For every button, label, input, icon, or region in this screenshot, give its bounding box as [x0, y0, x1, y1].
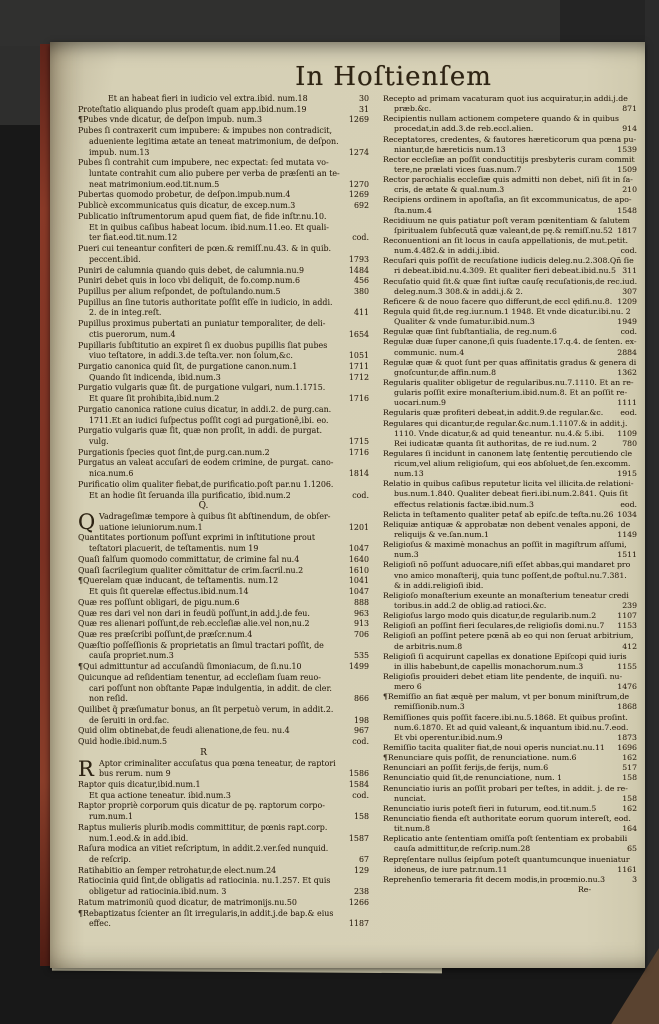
index-line: Quid olim obtinebat,de feudi alienatione… — [78, 726, 369, 737]
index-line: Remiſſio tacita qualiter fiat,de noui op… — [383, 743, 637, 753]
index-line: neat matrimonium.eod.tit.num.51270 — [78, 180, 369, 191]
entry-text: Re- — [578, 885, 591, 894]
index-line: num.31511 — [383, 550, 637, 560]
entry-text: tit.num.8 — [394, 824, 430, 833]
index-line: Publicatio inſtrumentorum apud quem fiat… — [78, 212, 369, 223]
entry-text: Quaſi falſum quomodo committatur, de cri… — [78, 555, 299, 564]
index-line: teſtatori placuerit, de teſtamentis. num… — [78, 544, 369, 555]
entry-text: Recipientis nullam actionem competere qu… — [383, 114, 619, 123]
entry-text: peccent.ibid. — [89, 255, 141, 264]
entry-text: reliquijs & ve.ſan.num.1 — [394, 530, 489, 539]
entry-text: tere,ne prælati vices ſuas.num.7 — [394, 165, 521, 174]
index-line: Renunciatio iuris poteſt fieri in futuru… — [383, 804, 637, 814]
column-page-number: cod. — [352, 491, 369, 502]
section-letter: R — [78, 748, 369, 759]
entry-text: mero 6 — [394, 682, 422, 691]
entry-text: ¶Renunciare quis poſſit, de renunciation… — [383, 753, 576, 762]
index-line: cari poſſunt non obſtante Papæ indulgent… — [78, 684, 369, 695]
index-line: ¶Rebaptizatus ſcienter an ſit irregulari… — [78, 909, 369, 920]
column-page-number: 162 — [622, 753, 637, 763]
index-line: communic. num.42884 — [383, 348, 637, 358]
entry-text: viuo teſtatore, in addi.3.de teſta.ver. … — [89, 351, 293, 360]
entry-text: cari poſſunt non obſtante Papæ indulgent… — [89, 684, 332, 693]
index-line: Religioſi ſi acquirunt capellas ex donat… — [383, 652, 637, 662]
entry-text: Religioſi an poſſint petere pœnã ab eo q… — [383, 631, 633, 640]
entry-text: Replicatio ante ſententiam omiſſa poſt ſ… — [383, 834, 627, 843]
column-page-number: 1153 — [617, 621, 637, 631]
index-line: ¶Qui admittuntur ad accuſandũ ſimoniacum… — [78, 662, 369, 673]
entry-text: bus rerum. num 9 — [99, 769, 171, 778]
entry-text: cauſa propriet.num.3 — [89, 651, 174, 660]
entry-text: nica.num.6 — [89, 469, 133, 478]
index-line: ¶Renunciare quis poſſit, de renunciation… — [383, 753, 637, 763]
column-page-number: 1476 — [617, 682, 637, 692]
entry-text: Rei iudicatæ quanta ſit authoritas, de r… — [394, 439, 597, 448]
index-line: Quæſtio poſſeſſionis & proprietatis an ſ… — [78, 641, 369, 652]
index-line: Rei iudicatæ quanta ſit authoritas, de r… — [383, 439, 637, 449]
entry-text: Pubes ſi contraxerit cum impubere: & imp… — [78, 126, 332, 135]
index-line: num.4.482.& in addi.j.ibid.cod. — [383, 246, 637, 256]
entry-text: Renunciatio iuris poteſt fieri in futuru… — [383, 804, 596, 813]
index-line: Regularis quæ profiteri debeat,in addit.… — [383, 408, 637, 418]
entry-text: Quaſi ſacrilegium qualiter cõmittatur de… — [78, 566, 303, 575]
index-line: Religioſis prouideri debet etiam lite pe… — [383, 672, 637, 682]
entry-text: Remiſſio tacita qualiter fiat,de noui op… — [383, 743, 605, 752]
index-line: de arbitris.num.8412 — [383, 642, 637, 652]
entry-text: obligetur ad ratiocinia.ibid.num. 3 — [89, 887, 226, 896]
section-letter-text: Q. — [199, 501, 209, 511]
index-line: Pueri cui teneantur confiteri de pœn.& r… — [78, 244, 369, 255]
index-line: Quaſi ſacrilegium qualiter cõmittatur de… — [78, 566, 369, 577]
index-line: Quantitates portionum poſſunt exprimi in… — [78, 533, 369, 544]
index-line: Recuſatio quid ſit.& quæ ſint iuſtæ cauſ… — [383, 277, 637, 287]
column-page-number: 1915 — [617, 469, 637, 479]
index-line: vulg.1715 — [78, 437, 369, 448]
index-line: ter fiat.eod.tit.num.12cod. — [78, 233, 369, 244]
entry-text: Remiſſiones quis poſſit facere.ibi.nu.5.… — [383, 713, 628, 722]
entry-text: Quicunque ad reſidentiam tenentur, ad ec… — [78, 673, 321, 682]
index-line: Religioſi an poſſint fieri ſeculares,de … — [383, 621, 637, 631]
column-page-number: 913 — [354, 619, 369, 630]
column-page-number: 158 — [622, 773, 637, 783]
index-line: Regulares qui dicantur,de regular.&c.num… — [383, 419, 637, 429]
entry-text: Pupillus proximus pubertati an puniatur … — [78, 319, 325, 328]
index-line: Et vbi operentur.ibid.num.91873 — [383, 733, 637, 743]
column-page-number: 30 — [359, 94, 369, 105]
entry-text: Raptor propriè corporum quis dicatur de … — [78, 801, 325, 810]
entry-text: Purificatio olim qualiter fiebat,de puri… — [78, 480, 333, 489]
index-line: 1110. Vnde dicatur,& ad quid teneantur. … — [383, 429, 637, 439]
entry-text: Quilibet q̃ præſumatur bonus, an ſit per… — [78, 705, 333, 714]
entry-text: Et vbi operentur.ibid.num.9 — [394, 733, 503, 742]
index-line: cauſa propriet.num.3535 — [78, 651, 369, 662]
entry-text: Quid hodie.ibid.num.5 — [78, 737, 167, 746]
entry-text: Quæ res alienari poſſunt,de reb.eccleſiæ… — [78, 619, 309, 628]
index-line: Raptor propriè corporum quis dicatur de … — [78, 801, 369, 812]
column-page-number: 1696 — [617, 743, 637, 753]
index-line: Proteſtatio aliquando plus prodeſt quam … — [78, 105, 369, 116]
column-page-number: 456 — [354, 276, 369, 287]
entry-text: ri debeat.ibid.nu.4.309. Et qualiter fie… — [394, 266, 616, 275]
column-page-number: 692 — [354, 201, 369, 212]
index-line: Quaſi falſum quomodo committatur, de cri… — [78, 555, 369, 566]
index-line: præb.&c.871 — [383, 104, 637, 114]
entry-text: deleg.num.3 308.& in addi.j.& 2. — [394, 287, 523, 296]
entry-text: Pupillus an ſine tutoris authoritate poſ… — [78, 298, 332, 307]
entry-text: Qualiter & vnde ſumatur.ibid.num.3 — [394, 317, 535, 326]
entry-text: 2. de in integ.reſt. — [89, 308, 161, 317]
index-line: Quæ res præſcribi poſſunt,de præſcr.num.… — [78, 630, 369, 641]
index-line: num.6.1870. Et ad quid valeant,& inquant… — [383, 723, 637, 733]
entry-text: Repręſentare nullus ſeipſum poteſt quant… — [383, 855, 630, 864]
column-page-number: 535 — [354, 651, 369, 662]
index-line: ctis puerorum, num.41654 — [78, 330, 369, 341]
entry-text: bus.num.1.840. Qualiter debeat fieri.ibi… — [394, 489, 628, 498]
entry-text: Regularis qualiter obligetur de regulari… — [383, 378, 634, 387]
entry-text: Reficere & de nouo facere quo differunt,… — [383, 297, 612, 306]
index-line: uatione ieiuniorum.num.11201 — [78, 523, 369, 534]
index-line: toribus.in add.2 de oblig.ad ratioci.&c.… — [383, 601, 637, 611]
column-page-number: 238 — [354, 887, 369, 898]
index-line: vno amico monaſterij, quia tunc poſſent,… — [383, 571, 637, 581]
index-line: QVadrageſimæ tempore à quibus ſit abſtin… — [78, 512, 369, 523]
column-page-number: cod. — [352, 233, 369, 244]
index-line: de ſeruiti in ord.fac.198 — [78, 716, 369, 727]
column-page-number: 412 — [622, 642, 637, 652]
index-line: rum.num.1158 — [78, 812, 369, 823]
entry-text: Recepto ad primam vacaturam quot ius acq… — [383, 94, 628, 103]
column-page-number: 3 — [632, 875, 637, 885]
entry-text: num.3 — [394, 550, 419, 559]
index-line: Pubertas quomodo probetur, de deſpon.imp… — [78, 190, 369, 201]
index-line: Remiſſiones quis poſſit facere.ibi.nu.5.… — [383, 713, 637, 723]
entry-text: non reſid. — [89, 694, 128, 703]
index-line: nunciat.158 — [383, 794, 637, 804]
entry-text: Rector parochialis eccleſiæ quis admitti… — [383, 175, 633, 184]
entry-text: procedat,in add.3.de reb.eccl.alien. — [394, 124, 533, 133]
column-page-number: 210 — [622, 185, 637, 195]
column-page-number: 411 — [354, 308, 369, 319]
entry-text: Reprehenſio temeraria fit decem modis,in… — [383, 875, 605, 884]
index-line: Quando ſit indicenda, ibid.num.31712 — [78, 373, 369, 384]
column-page-number: 517 — [622, 763, 637, 773]
index-line: Recidiuum ne quis patiatur poſt veram pœ… — [383, 216, 637, 226]
entry-text: Religioſo monaſterium exeunte an monaſte… — [383, 591, 629, 600]
index-line: Purgatus an valeat accuſari de eodem cri… — [78, 458, 369, 469]
index-line: de reſcrip.67 — [78, 855, 369, 866]
index-line: cris, de ætate & qual.num.3210 — [383, 185, 637, 195]
column-page-number: 2884 — [617, 348, 637, 358]
photo-background-right — [645, 0, 659, 1024]
index-line: Religioſus & maximè monachus an poſſit i… — [383, 540, 637, 550]
index-line: deleg.num.3 308.& in addi.j.& 2.307 — [383, 287, 637, 297]
index-line: Renunciari an poſſit ferijs,de ferijs, n… — [383, 763, 637, 773]
entry-text: Religioſi an poſſint fieri ſeculares,de … — [383, 621, 604, 630]
column-page-number: 1712 — [349, 373, 369, 384]
entry-text: Relicta in teſtamento qualiter petať ab … — [383, 510, 613, 519]
entry-text: Receptatores, credentes, & fautores hære… — [383, 135, 636, 144]
column-page-number: 1793 — [349, 255, 369, 266]
entry-text: Raptus mulieris plurib.modis committitur… — [78, 823, 327, 832]
index-line: Et qua actione teneatur. ibid.num.3cod. — [78, 791, 369, 802]
index-line: Religioſi an poſſint petere pœnã ab eo q… — [383, 631, 637, 641]
column-page-number: 706 — [354, 630, 369, 641]
column-page-number: 1034 — [617, 510, 637, 520]
column-page-number: 1201 — [349, 523, 369, 534]
entry-text: Et qua actione teneatur. ibid.num.3 — [89, 791, 231, 800]
entry-text: Regulares qui dicantur,de regular.&c.num… — [383, 419, 627, 428]
entry-text: Reliquiæ antiquæ & approbatæ non debent … — [383, 520, 630, 529]
entry-text: Renunciari an poſſit ferijs,de ferijs, n… — [383, 763, 548, 772]
column-page-number: 1107 — [617, 611, 637, 621]
entry-text: ricum,vel alium religioſum, qui eos abſo… — [394, 459, 631, 468]
column-page-number: 1548 — [617, 206, 637, 216]
index-line: Relicta in teſtamento qualiter petať ab … — [383, 510, 637, 520]
entry-text: ¶Querelam quæ inducant, de teſtamentis. … — [78, 576, 278, 585]
column-page-number: eod. — [620, 408, 637, 418]
entry-text: ¶Remiſſio an fiat æquè per malum, vt per… — [383, 692, 629, 701]
index-line: Purgatio canonica quid ſit, de purgation… — [78, 362, 369, 373]
entry-text: Et in quibus caſibus habeat locum. ibid.… — [89, 223, 329, 232]
column-page-number: cod. — [621, 327, 637, 337]
entry-text: de reſcrip. — [89, 855, 131, 864]
index-line: mero 61476 — [383, 682, 637, 692]
index-line: Recepto ad primam vacaturam quot ius acq… — [383, 94, 637, 104]
column-page-number: 1047 — [349, 544, 369, 555]
entry-text: Religioſi nõ poſſunt aduocare,niſi eſſet… — [383, 560, 630, 569]
index-line: Quæ res alienari poſſunt,de reb.eccleſiæ… — [78, 619, 369, 630]
entry-text: & in addi.religioſi ibid. — [394, 581, 483, 590]
entry-text: communic. num.4 — [394, 348, 464, 357]
entry-text: cauſa admittitur,de reſcrip.num.28 — [394, 844, 530, 853]
section-letter-text: R — [200, 748, 207, 758]
entry-text: idoneus, de iure patr.num.11 — [394, 865, 507, 874]
entry-text: Religioſis prouideri debet etiam lite pe… — [383, 672, 622, 681]
entry-text: gularis poſſit exire monaſterium.ibid.nu… — [394, 388, 627, 397]
entry-text: Regulares ſi incidunt in canonem latę ſe… — [383, 449, 632, 458]
index-line: 1711.Et an iudici ſuſpectus poſſit cogi … — [78, 416, 369, 427]
column-page-number: cod. — [352, 791, 369, 802]
index-line: effectus relationis factæ.ibid.num.3eod. — [383, 500, 637, 510]
index-line: & in addi.religioſi ibid. — [383, 581, 637, 591]
index-line: Recipientis nullam actionem competere qu… — [383, 114, 637, 124]
column-page-number: 1584 — [349, 780, 369, 791]
entry-text: Rector eccleſiæ an poſſit conductitijs p… — [383, 155, 635, 164]
index-line: Religioſo monaſterium exeunte an monaſte… — [383, 591, 637, 601]
column-page-number: 1161 — [617, 865, 637, 875]
column-page-number: 914 — [622, 124, 637, 134]
index-line: adueniente legitima ætate an teneat matr… — [78, 137, 369, 148]
index-line: idoneus, de iure patr.num.111161 — [383, 865, 637, 875]
column-page-number: 198 — [354, 716, 369, 727]
entry-text: Recuſatio quid ſit.& quæ ſint iuſtæ cauſ… — [383, 277, 637, 286]
index-line: Renunciatio quid ſit,de renunciatione, n… — [383, 773, 637, 783]
index-line: Regulares ſi incidunt in canonem latę ſe… — [383, 449, 637, 459]
entry-text: Recipiens ordinem in apoſtaſia, an ſit e… — [383, 195, 632, 204]
entry-text: luntate contrahit cum alio pubere per ve… — [89, 169, 340, 178]
index-line: gularis poſſit exire monaſterium.ibid.nu… — [383, 388, 637, 398]
entry-text: Aptor criminaliter accuſatus qua pœna te… — [99, 759, 336, 768]
index-line: 2. de in integ.reſt.411 — [78, 308, 369, 319]
column-page-number: 1868 — [617, 702, 637, 712]
entry-text: ſpiritualem ſubſecutã quæ valeant,de pę.… — [394, 226, 613, 235]
index-line: Reliquiæ antiquæ & approbatæ non debent … — [383, 520, 637, 530]
running-header: In Hoſtienſem — [50, 62, 645, 92]
entry-text: Quid olim obtinebat,de feudi alienatione… — [78, 726, 290, 735]
entry-text: Puniri debet quis in loco vbi deliquit, … — [78, 276, 300, 285]
entry-text: de ſeruiti in ord.fac. — [89, 716, 169, 725]
index-line: Quæ res poſſunt obligari, de pigu.num.68… — [78, 598, 369, 609]
index-line: Pupillaris ſubſtitutio an expiret ſi ex … — [78, 341, 369, 352]
column-page-number: 307 — [622, 287, 637, 297]
entry-text: Quantitates portionum poſſunt exprimi in… — [78, 533, 315, 542]
entry-text: Renunciatio quid ſit,de renunciatione, n… — [383, 773, 562, 782]
index-line: Et an hodie ſit ſeruanda illa purificati… — [78, 491, 369, 502]
entry-text: Et quare ſit prohibita,ibid.num.2 — [89, 394, 219, 403]
entry-text: ¶Qui admittuntur ad accuſandũ ſimoniacum… — [78, 662, 302, 671]
index-line: procedat,in add.3.de reb.eccl.alien.914 — [383, 124, 637, 134]
column-page-number: 780 — [622, 439, 637, 449]
column-page-number: 129 — [354, 866, 369, 877]
entry-text: ſta.num.4 — [394, 206, 432, 215]
index-line: Quilibet q̃ præſumatur bonus, an ſit per… — [78, 705, 369, 716]
index-line: Regulæ quæ & quot ſunt per quas affinita… — [383, 358, 637, 368]
entry-text: nunciat. — [394, 794, 426, 803]
entry-text: impub. num.13 — [89, 148, 149, 157]
entry-text: Pupillaris ſubſtitutio an expiret ſi ex … — [78, 341, 327, 350]
index-line: Pupillus per alium reſpondet, de poſtula… — [78, 287, 369, 298]
entry-text: ctis puerorum, num.4 — [89, 330, 176, 339]
index-line: Pupillus proximus pubertati an puniatur … — [78, 319, 369, 330]
entry-text: Renunciatio fienda eſt authoritate eorum… — [383, 814, 631, 823]
index-line: Regulæ duæ ſuper canone,ſi quis ſuadente… — [383, 337, 637, 347]
entry-text: effec. — [89, 919, 111, 928]
entry-text: Ratiocinia quid ſint,de obligatis ad rat… — [78, 876, 330, 885]
column-page-number: 1269 — [349, 190, 369, 201]
index-line: remiſſionib.num.31868 — [383, 702, 637, 712]
index-line: Pubes ſi contrahit cum impubere, nec exp… — [78, 158, 369, 169]
column-page-number: 1511 — [617, 550, 637, 560]
index-line: bus.num.1.840. Qualiter debeat fieri.ibi… — [383, 489, 637, 499]
index-line: Recipiens ordinem in apoſtaſia, an ſit e… — [383, 195, 637, 205]
column-page-number: 1873 — [617, 733, 637, 743]
column-page-number: 1817 — [617, 226, 637, 236]
entry-text: ¶Rebaptizatus ſcienter an ſit irregulari… — [78, 909, 333, 918]
entry-text: Puniri de calumnia quando quis debet, de… — [78, 266, 304, 275]
entry-text: gnoſcuntur,de affin.num.8 — [394, 368, 496, 377]
entry-text: in illis habebunt,de capellis monachorum… — [394, 662, 583, 671]
column-page-number: 1484 — [349, 266, 369, 277]
entry-text: Religioſi ſi acquirunt capellas ex donat… — [383, 652, 627, 661]
entry-text: Purgatus an valeat accuſari de eodem cri… — [78, 458, 333, 467]
index-line: Regulæ quæ ſint ſubſtantialia, de reg.nu… — [383, 327, 637, 337]
section-letter: Q. — [78, 501, 369, 512]
entry-text: Pueri cui teneantur confiteri de pœn.& r… — [78, 244, 331, 253]
column-page-number: 1499 — [349, 662, 369, 673]
entry-text: Proteſtatio aliquando plus prodeſt quam … — [78, 105, 307, 114]
index-line: ſta.num.41548 — [383, 206, 637, 216]
entry-text: Relatio in quibus caſibus reputetur lici… — [383, 479, 633, 488]
index-line: bus rerum. num 91586 — [78, 769, 369, 780]
index-line: impub. num.131274 — [78, 148, 369, 159]
index-line: Pupillus an ſine tutoris authoritate poſ… — [78, 298, 369, 309]
entry-text: Raſura modica an vitiet reſcriptum, in a… — [78, 844, 328, 853]
column-page-number: 1715 — [349, 437, 369, 448]
column-page-number: 1187 — [349, 919, 369, 930]
index-line: ¶Pubes vnde dicatur, de deſpon impub. nu… — [78, 115, 369, 126]
entry-text: num.6.1870. Et ad quid valeant,& inquant… — [394, 723, 628, 732]
column-page-number: 1711 — [349, 362, 369, 373]
column-page-number: 158 — [354, 812, 369, 823]
column-page-number: 1041 — [349, 576, 369, 587]
column-page-number: 1209 — [617, 297, 637, 307]
index-line: gnoſcuntur,de affin.num.81362 — [383, 368, 637, 378]
index-line: Ratum matrimoniũ quod dicatur, de matrim… — [78, 898, 369, 909]
entry-text: adueniente legitima ætate an teneat matr… — [89, 137, 339, 146]
index-line: niantur,de hæreticis num.131539 — [383, 145, 637, 155]
entry-text: uatione ieiuniorum.num.1 — [99, 523, 203, 532]
column-page-number: 1587 — [349, 834, 369, 845]
entry-text: rum.num.1 — [89, 812, 133, 821]
index-line: Puniri de calumnia quando quis debet, de… — [78, 266, 369, 277]
entry-text: ter fiat.eod.tit.num.12 — [89, 233, 177, 242]
index-line: ¶Querelam quæ inducant, de teſtamentis. … — [78, 576, 369, 587]
entry-text: Regulæ duæ ſuper canone,ſi quis ſuadente… — [383, 337, 637, 346]
column-page-number: 963 — [354, 609, 369, 620]
index-line: Regula quid ſit,de reg.iur.num.1 1948. E… — [383, 307, 637, 317]
entry-text: num.13 — [394, 469, 424, 478]
index-line: ¶Remiſſio an fiat æquè per malum, vt per… — [383, 692, 637, 702]
entry-text: Purgatio canonica ratione cuius dicatur,… — [78, 405, 331, 414]
column-page-number: 311 — [622, 266, 637, 276]
entry-text: Quæ res præſcribi poſſunt,de præſcr.num.… — [78, 630, 252, 639]
index-line: tit.num.8164 — [383, 824, 637, 834]
column-page-number: 1270 — [349, 180, 369, 191]
column-page-number: 1149 — [617, 530, 637, 540]
column-page-number: 1949 — [617, 317, 637, 327]
index-line: Replicatio ante ſententiam omiſſa poſt ſ… — [383, 834, 637, 844]
entry-text: Quæſtio poſſeſſionis & proprietatis an ſ… — [78, 641, 324, 650]
index-line: peccent.ibid.1793 — [78, 255, 369, 266]
index-line: Puniri debet quis in loco vbi deliquit, … — [78, 276, 369, 287]
column-page-number: 158 — [622, 794, 637, 804]
entry-text: 1110. Vnde dicatur,& ad quid teneantur. … — [394, 429, 604, 438]
column-page-number: 1640 — [349, 555, 369, 566]
entry-text: remiſſionib.num.3 — [394, 702, 465, 711]
column-page-number: 380 — [354, 287, 369, 298]
entry-text: Purgationis ſpecies quot ſint,de purg.ca… — [78, 448, 270, 457]
index-line: viuo teſtatore, in addi.3.de teſta.ver. … — [78, 351, 369, 362]
index-line: non reſid.866 — [78, 694, 369, 705]
index-line: Receptatores, credentes, & fautores hære… — [383, 135, 637, 145]
index-line: Raptus mulieris plurib.modis committitur… — [78, 823, 369, 834]
entry-text: Religioſus & maximè monachus an poſſit i… — [383, 540, 627, 549]
column-page-number: eod. — [620, 500, 637, 510]
column-page-number: 1539 — [617, 145, 637, 155]
column-page-number: 871 — [622, 104, 637, 114]
column-page-number: 1266 — [349, 898, 369, 909]
column-page-number: 1509 — [617, 165, 637, 175]
entry-text: Raptor quis dicatur,ibid.num.1 — [78, 780, 201, 789]
entry-text: præb.&c. — [394, 104, 431, 113]
index-line: Ratiocinia quid ſint,de obligatis ad rat… — [78, 876, 369, 887]
entry-text: Et an habeat fieri in iudicio vel extra.… — [108, 94, 308, 103]
index-line: Reconuentioni an ſit locus in cauſa appe… — [383, 236, 637, 246]
entry-text: neat matrimonium.eod.tit.num.5 — [89, 180, 219, 189]
entry-text: Reconuentioni an ſit locus in cauſa appe… — [383, 236, 628, 245]
index-line: Et an habeat fieri in iudicio vel extra.… — [78, 94, 369, 105]
column-page-number: 31 — [359, 105, 369, 116]
